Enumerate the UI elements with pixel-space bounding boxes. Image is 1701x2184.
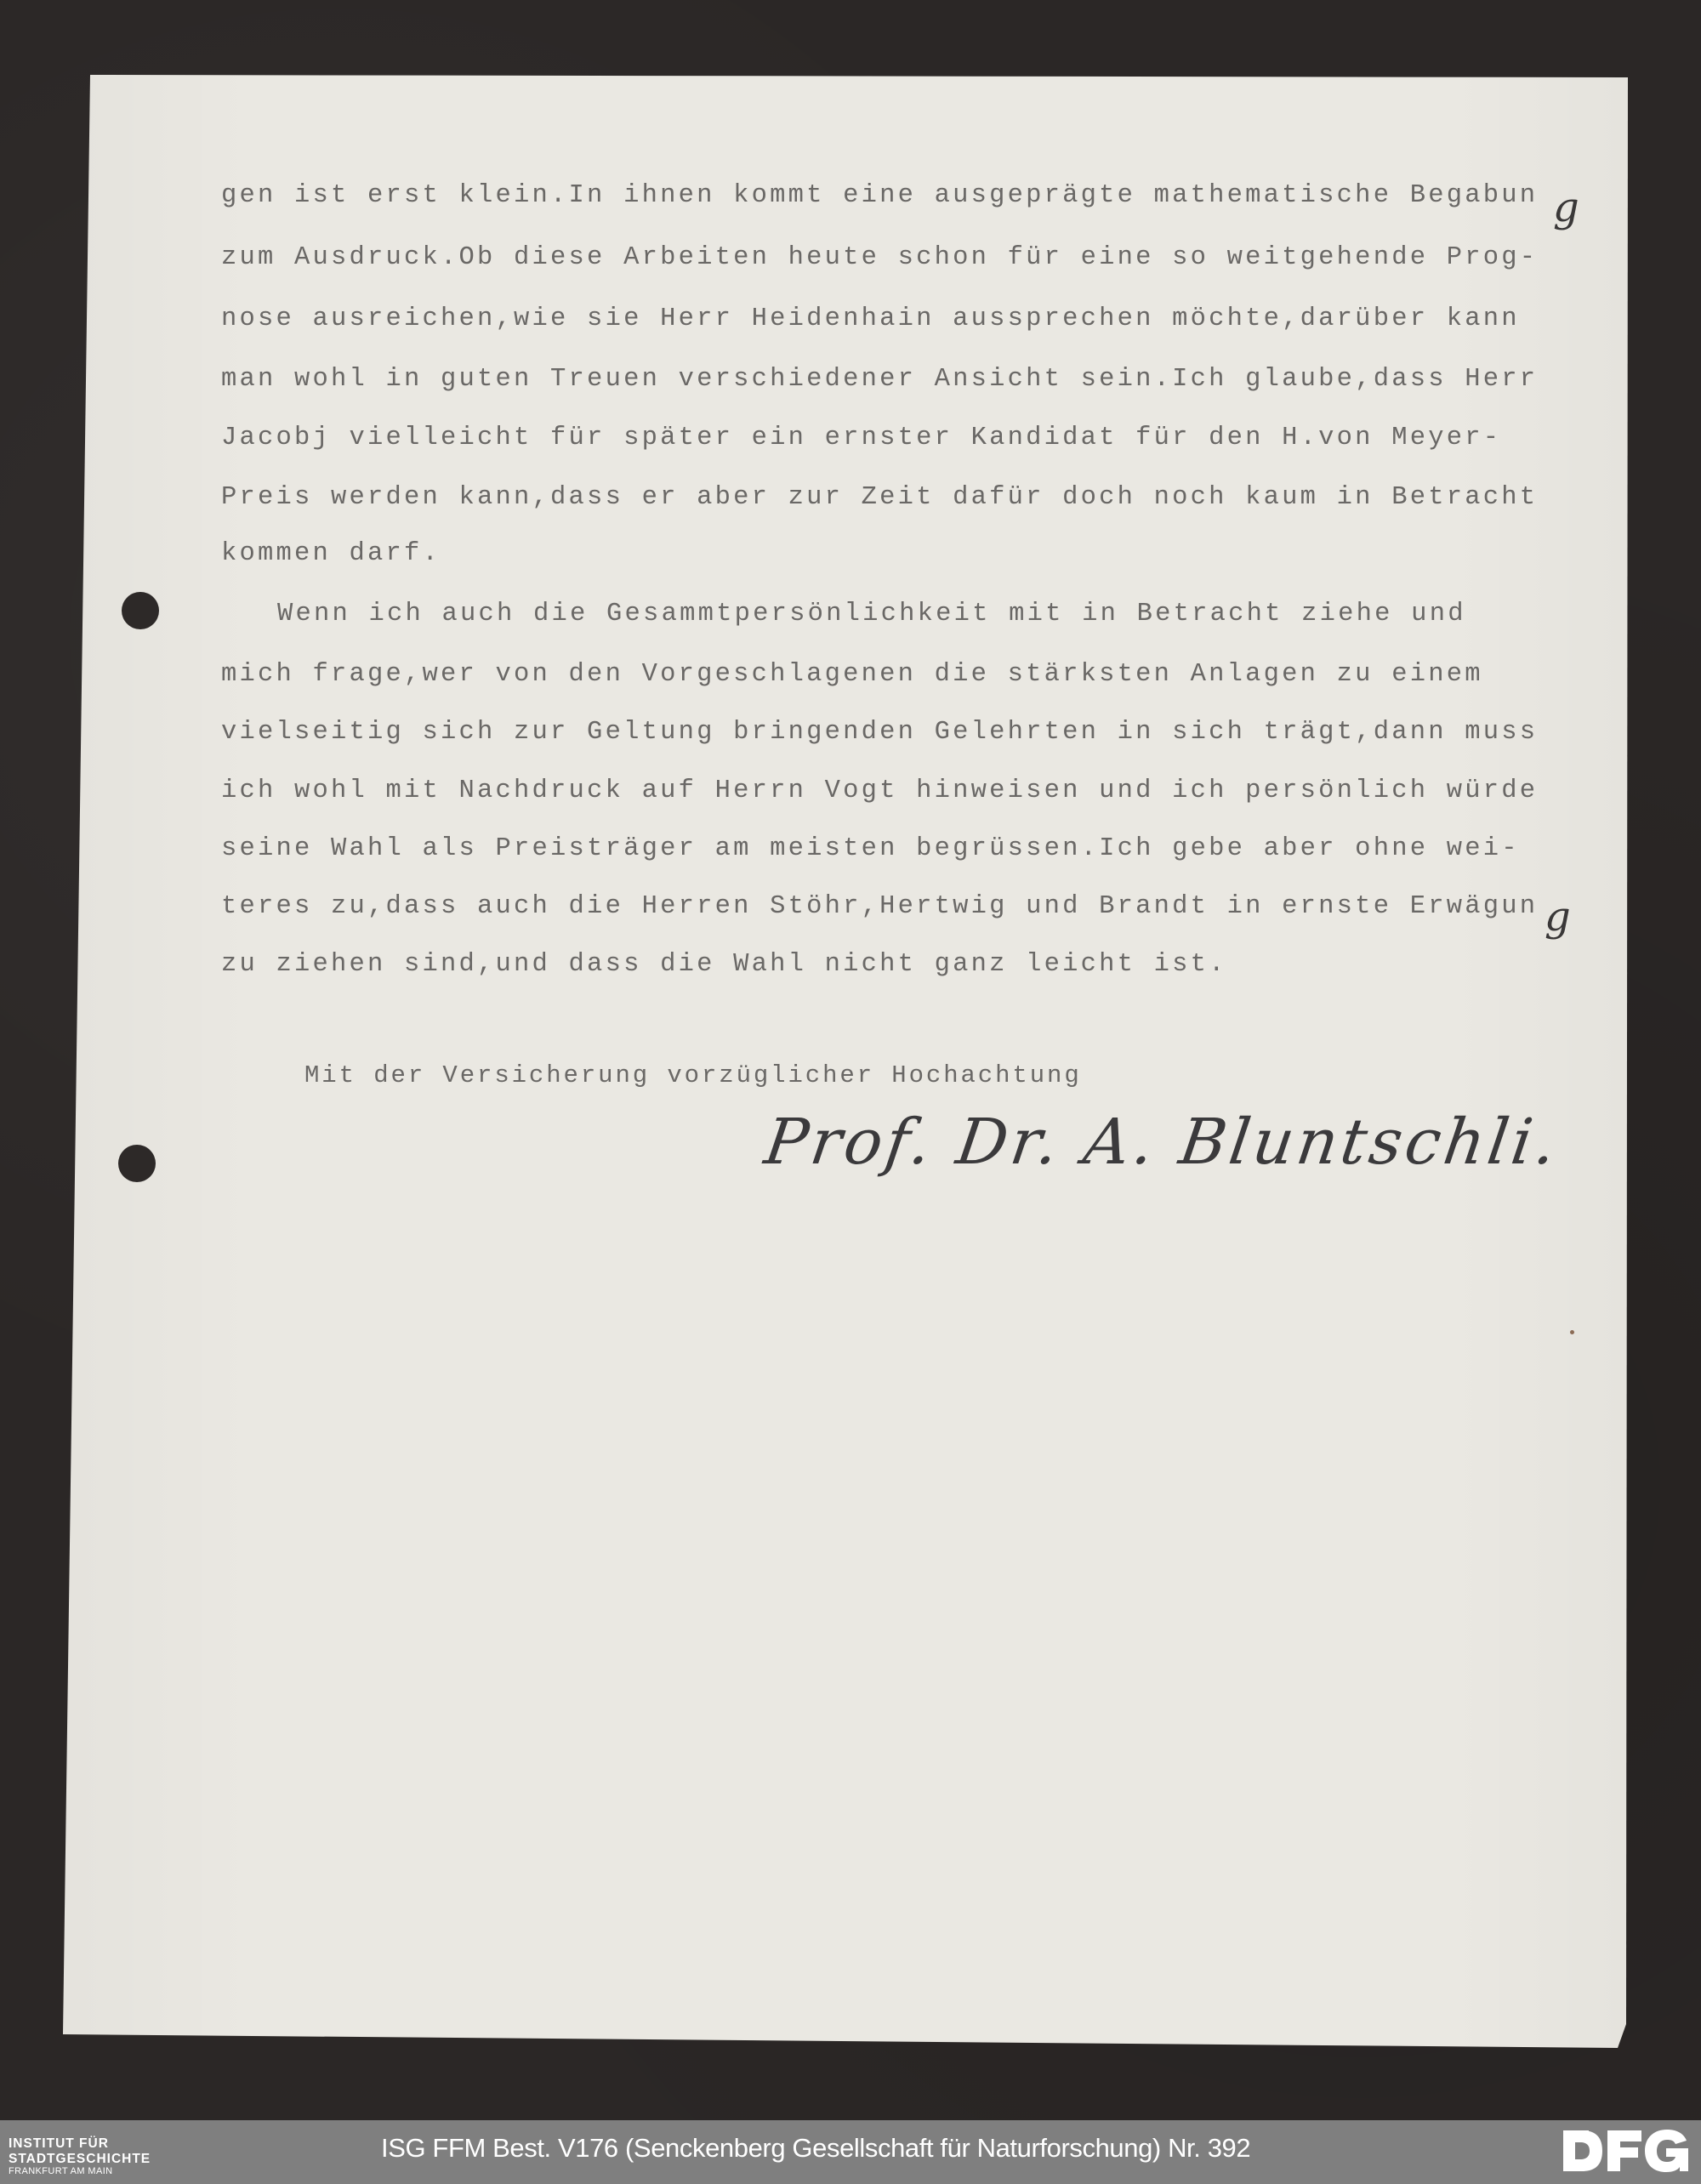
- punch-hole-top: [122, 592, 159, 629]
- text-line: vielseitig sich zur Geltung bringenden G…: [221, 717, 1538, 748]
- archive-footer: INSTITUT FÜR STADTGESCHICHTE FRANKFURT A…: [0, 2120, 1701, 2184]
- text-line: mich frage,wer von den Vorgeschlagenen d…: [221, 659, 1483, 690]
- handwritten-correction: g: [1553, 184, 1579, 231]
- text-line: Preis werden kann,dass er aber zur Zeit …: [221, 482, 1538, 513]
- text-line: seine Wahl als Preisträger am meisten be…: [221, 833, 1520, 864]
- text-line: Jacobj vielleicht für später ein ernster…: [221, 423, 1501, 453]
- text-line: zum Ausdruck.Ob diese Arbeiten heute sch…: [221, 242, 1538, 273]
- text-line: kommen darf.: [221, 538, 441, 569]
- dfg-logo-icon: [1563, 2127, 1689, 2175]
- institute-logo: INSTITUT FÜR STADTGESCHICHTE FRANKFURT A…: [9, 2137, 151, 2176]
- text-line: ich wohl mit Nachdruck auf Herrn Vogt hi…: [221, 776, 1538, 806]
- institute-name-line1: INSTITUT FÜR: [9, 2137, 151, 2151]
- text-line: zu ziehen sind,und dass die Wahl nicht g…: [221, 949, 1227, 980]
- closing-salutation: Mit der Versicherung vorzüglicher Hochac…: [304, 1061, 1082, 1091]
- text-line: man wohl in guten Treuen verschiedener A…: [221, 364, 1538, 395]
- punch-hole-bottom: [118, 1145, 156, 1182]
- text-line: Wenn ich auch die Gesammtpersönlichkeit …: [277, 599, 1466, 629]
- handwritten-signature: Prof. Dr. A. Bluntschli.: [760, 1106, 1564, 1179]
- shelfmark-caption: ISG FFM Best. V176 (Senckenberg Gesellsc…: [381, 2133, 1250, 2164]
- text-line: nose ausreichen,wie sie Herr Heidenhain …: [221, 304, 1520, 334]
- handwritten-correction: g: [1545, 893, 1571, 941]
- institute-location: FRANKFURT AM MAIN: [9, 2167, 151, 2176]
- text-line: gen ist erst klein.In ihnen kommt eine a…: [221, 180, 1538, 211]
- paper-speck: [1570, 1330, 1574, 1334]
- institute-name-line2: STADTGESCHICHTE: [9, 2153, 151, 2166]
- text-line: teres zu,dass auch die Herren Stöhr,Hert…: [221, 891, 1538, 922]
